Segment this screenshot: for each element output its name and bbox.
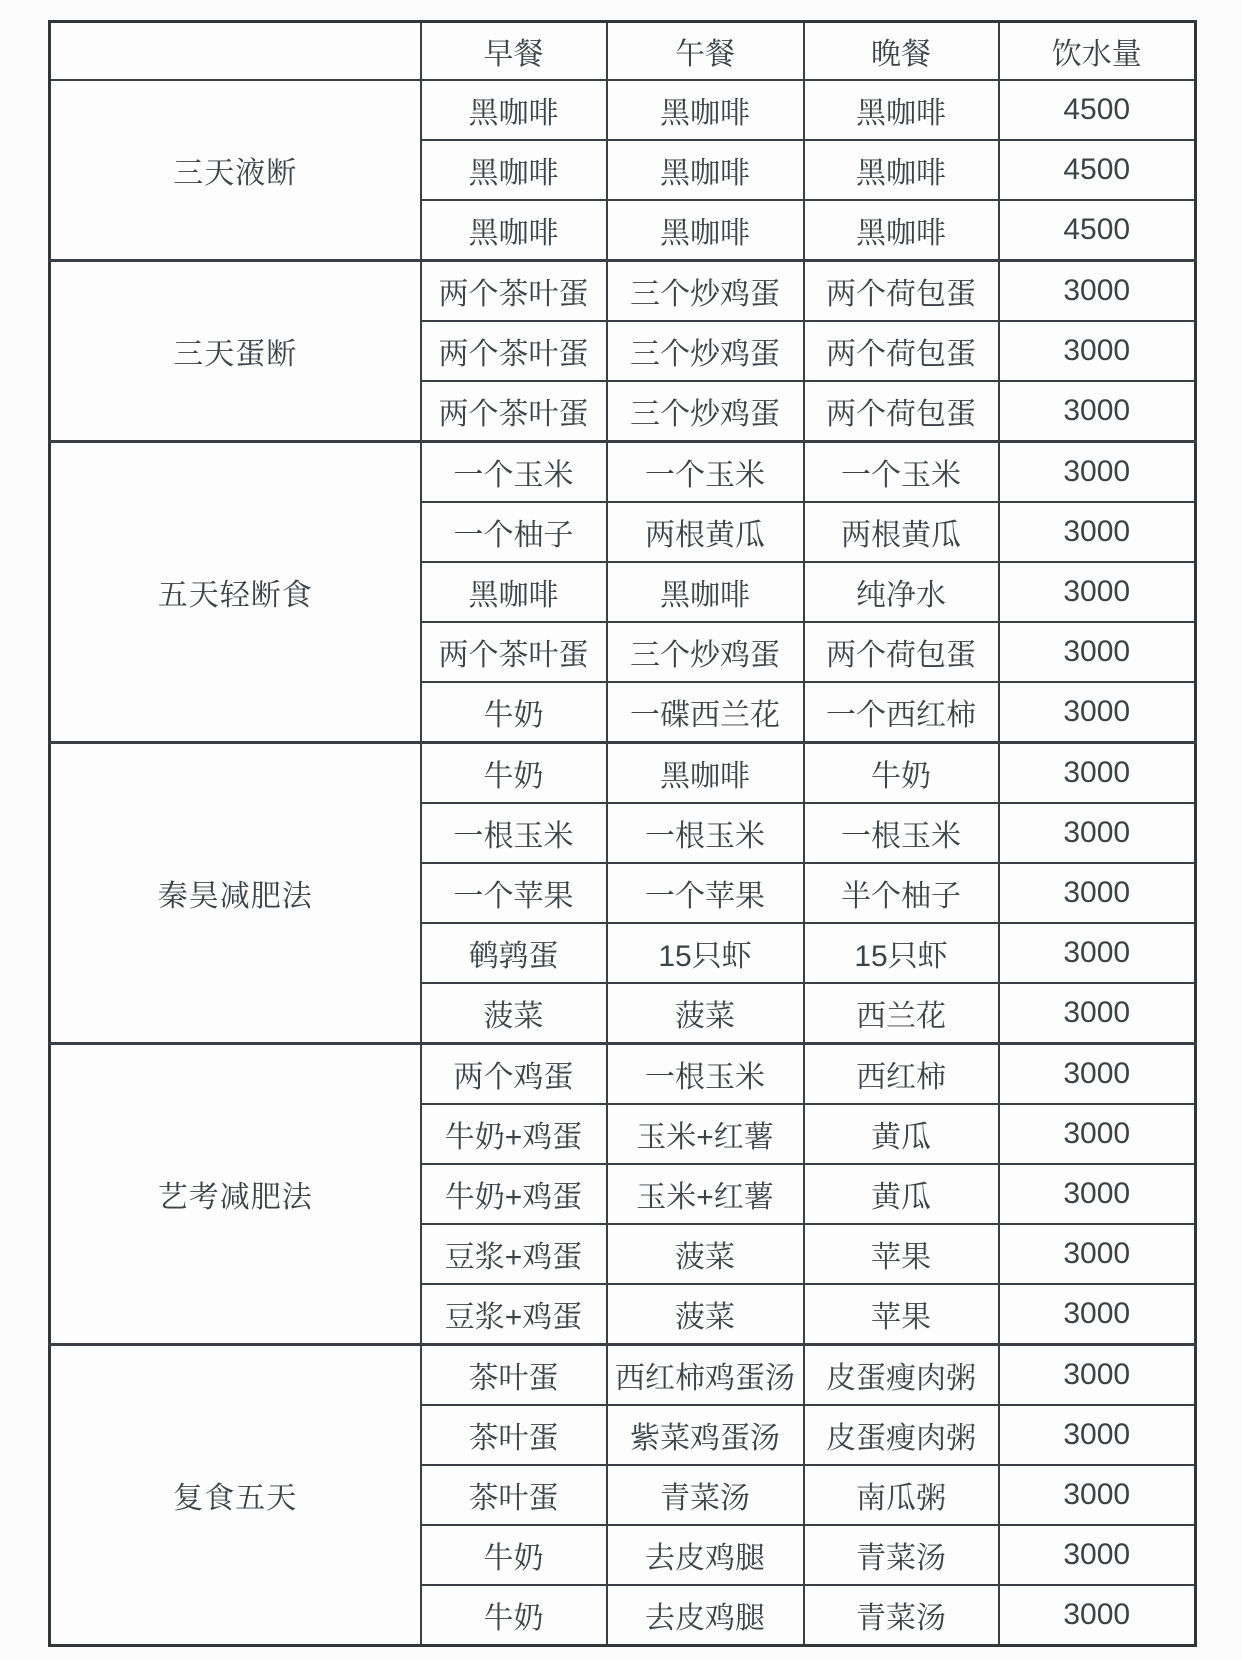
cell-lunch: 青菜汤 — [607, 1465, 804, 1525]
cell-breakfast: 两个鸡蛋 — [421, 1044, 607, 1105]
cell-water-intake: 3000 — [999, 1044, 1196, 1105]
cell-water-intake: 3000 — [999, 1465, 1196, 1525]
cell-lunch: 玉米+红薯 — [607, 1104, 804, 1164]
cell-breakfast: 牛奶+鸡蛋 — [421, 1164, 607, 1224]
page: 早餐 午餐 晚餐 饮水量 三天液断黑咖啡黑咖啡黑咖啡4500黑咖啡黑咖啡黑咖啡4… — [0, 0, 1242, 1660]
cell-dinner: 青菜汤 — [804, 1525, 999, 1585]
cell-lunch: 黑咖啡 — [607, 140, 804, 200]
cell-dinner: 黑咖啡 — [804, 80, 999, 140]
cell-breakfast: 黑咖啡 — [421, 562, 607, 622]
table-row: 三天蛋断两个茶叶蛋三个炒鸡蛋两个荷包蛋3000 — [50, 261, 1196, 322]
cell-dinner: 两个荷包蛋 — [804, 321, 999, 381]
cell-water-intake: 3000 — [999, 1164, 1196, 1224]
cell-water-intake: 4500 — [999, 80, 1196, 140]
cell-water-intake: 3000 — [999, 863, 1196, 923]
cell-dinner: 黑咖啡 — [804, 140, 999, 200]
cell-water-intake: 3000 — [999, 321, 1196, 381]
cell-breakfast: 牛奶 — [421, 1585, 607, 1646]
cell-water-intake: 3000 — [999, 743, 1196, 804]
cell-breakfast: 鹌鹑蛋 — [421, 923, 607, 983]
cell-lunch: 西红柿鸡蛋汤 — [607, 1345, 804, 1406]
cell-lunch: 一根玉米 — [607, 1044, 804, 1105]
header-row: 早餐 午餐 晚餐 饮水量 — [50, 22, 1196, 81]
cell-water-intake: 3000 — [999, 381, 1196, 442]
cell-breakfast: 茶叶蛋 — [421, 1345, 607, 1406]
cell-dinner: 半个柚子 — [804, 863, 999, 923]
cell-breakfast: 黑咖啡 — [421, 80, 607, 140]
cell-dinner: 一个玉米 — [804, 442, 999, 503]
cell-breakfast: 一根玉米 — [421, 803, 607, 863]
cell-water-intake: 3000 — [999, 1284, 1196, 1345]
category-cell: 复食五天 — [50, 1345, 421, 1646]
cell-dinner: 纯净水 — [804, 562, 999, 622]
cell-lunch: 黑咖啡 — [607, 200, 804, 261]
cell-lunch: 去皮鸡腿 — [607, 1585, 804, 1646]
cell-water-intake: 3000 — [999, 1104, 1196, 1164]
cell-breakfast: 牛奶 — [421, 682, 607, 743]
cell-breakfast: 豆浆+鸡蛋 — [421, 1224, 607, 1284]
cell-dinner: 一个西红柿 — [804, 682, 999, 743]
cell-breakfast: 两个茶叶蛋 — [421, 622, 607, 682]
cell-water-intake: 4500 — [999, 140, 1196, 200]
diet-plan-table: 早餐 午餐 晚餐 饮水量 三天液断黑咖啡黑咖啡黑咖啡4500黑咖啡黑咖啡黑咖啡4… — [48, 20, 1197, 1647]
cell-lunch: 一个苹果 — [607, 863, 804, 923]
cell-breakfast: 茶叶蛋 — [421, 1465, 607, 1525]
table-row: 艺考减肥法两个鸡蛋一根玉米西红柿3000 — [50, 1044, 1196, 1105]
cell-breakfast: 两个茶叶蛋 — [421, 321, 607, 381]
column-header-lunch: 午餐 — [607, 22, 804, 81]
cell-breakfast: 两个茶叶蛋 — [421, 381, 607, 442]
cell-lunch: 紫菜鸡蛋汤 — [607, 1405, 804, 1465]
cell-dinner: 一根玉米 — [804, 803, 999, 863]
cell-breakfast: 牛奶+鸡蛋 — [421, 1104, 607, 1164]
cell-water-intake: 3000 — [999, 983, 1196, 1044]
cell-water-intake: 3000 — [999, 622, 1196, 682]
cell-water-intake: 3000 — [999, 442, 1196, 503]
cell-dinner: 两根黄瓜 — [804, 502, 999, 562]
cell-water-intake: 3000 — [999, 803, 1196, 863]
cell-dinner: 苹果 — [804, 1224, 999, 1284]
cell-lunch: 三个炒鸡蛋 — [607, 261, 804, 322]
category-cell: 艺考减肥法 — [50, 1044, 421, 1345]
cell-dinner: 黑咖啡 — [804, 200, 999, 261]
cell-water-intake: 3000 — [999, 562, 1196, 622]
cell-lunch: 菠菜 — [607, 983, 804, 1044]
cell-dinner: 两个荷包蛋 — [804, 381, 999, 442]
cell-dinner: 皮蛋瘦肉粥 — [804, 1405, 999, 1465]
cell-lunch: 15只虾 — [607, 923, 804, 983]
cell-lunch: 玉米+红薯 — [607, 1164, 804, 1224]
corner-cell — [50, 22, 421, 81]
cell-dinner: 西兰花 — [804, 983, 999, 1044]
cell-breakfast: 茶叶蛋 — [421, 1405, 607, 1465]
cell-dinner: 两个荷包蛋 — [804, 622, 999, 682]
column-header-dinner: 晚餐 — [804, 22, 999, 81]
cell-water-intake: 3000 — [999, 502, 1196, 562]
cell-lunch: 一根玉米 — [607, 803, 804, 863]
category-cell: 秦昊减肥法 — [50, 743, 421, 1044]
cell-lunch: 三个炒鸡蛋 — [607, 381, 804, 442]
column-header-water-intake: 饮水量 — [999, 22, 1196, 81]
cell-breakfast: 一个苹果 — [421, 863, 607, 923]
cell-dinner: 皮蛋瘦肉粥 — [804, 1345, 999, 1406]
table-row: 五天轻断食一个玉米一个玉米一个玉米3000 — [50, 442, 1196, 503]
cell-breakfast: 两个茶叶蛋 — [421, 261, 607, 322]
cell-lunch: 三个炒鸡蛋 — [607, 321, 804, 381]
cell-water-intake: 3000 — [999, 261, 1196, 322]
cell-water-intake: 3000 — [999, 682, 1196, 743]
column-header-breakfast: 早餐 — [421, 22, 607, 81]
cell-water-intake: 3000 — [999, 1525, 1196, 1585]
cell-lunch: 黑咖啡 — [607, 562, 804, 622]
table-row: 复食五天茶叶蛋西红柿鸡蛋汤皮蛋瘦肉粥3000 — [50, 1345, 1196, 1406]
table-row: 秦昊减肥法牛奶黑咖啡牛奶3000 — [50, 743, 1196, 804]
cell-water-intake: 3000 — [999, 1345, 1196, 1406]
cell-lunch: 菠菜 — [607, 1224, 804, 1284]
cell-breakfast: 黑咖啡 — [421, 200, 607, 261]
cell-water-intake: 3000 — [999, 1224, 1196, 1284]
cell-water-intake: 4500 — [999, 200, 1196, 261]
cell-breakfast: 一个玉米 — [421, 442, 607, 503]
cell-breakfast: 牛奶 — [421, 1525, 607, 1585]
cell-breakfast: 牛奶 — [421, 743, 607, 804]
cell-lunch: 去皮鸡腿 — [607, 1525, 804, 1585]
cell-water-intake: 3000 — [999, 1405, 1196, 1465]
cell-breakfast: 黑咖啡 — [421, 140, 607, 200]
category-cell: 三天蛋断 — [50, 261, 421, 442]
table-body: 三天液断黑咖啡黑咖啡黑咖啡4500黑咖啡黑咖啡黑咖啡4500黑咖啡黑咖啡黑咖啡4… — [50, 80, 1196, 1646]
cell-lunch: 一碟西兰花 — [607, 682, 804, 743]
cell-water-intake: 3000 — [999, 923, 1196, 983]
cell-dinner: 两个荷包蛋 — [804, 261, 999, 322]
cell-dinner: 南瓜粥 — [804, 1465, 999, 1525]
cell-breakfast: 一个柚子 — [421, 502, 607, 562]
cell-lunch: 菠菜 — [607, 1284, 804, 1345]
category-cell: 五天轻断食 — [50, 442, 421, 743]
cell-dinner: 青菜汤 — [804, 1585, 999, 1646]
cell-water-intake: 3000 — [999, 1585, 1196, 1646]
cell-dinner: 黄瓜 — [804, 1104, 999, 1164]
cell-dinner: 西红柿 — [804, 1044, 999, 1105]
cell-lunch: 三个炒鸡蛋 — [607, 622, 804, 682]
cell-lunch: 一个玉米 — [607, 442, 804, 503]
category-cell: 三天液断 — [50, 80, 421, 261]
cell-dinner: 牛奶 — [804, 743, 999, 804]
table-row: 三天液断黑咖啡黑咖啡黑咖啡4500 — [50, 80, 1196, 140]
cell-lunch: 黑咖啡 — [607, 80, 804, 140]
cell-lunch: 两根黄瓜 — [607, 502, 804, 562]
cell-dinner: 苹果 — [804, 1284, 999, 1345]
cell-lunch: 黑咖啡 — [607, 743, 804, 804]
cell-dinner: 黄瓜 — [804, 1164, 999, 1224]
table-header: 早餐 午餐 晚餐 饮水量 — [50, 22, 1196, 81]
cell-dinner: 15只虾 — [804, 923, 999, 983]
cell-breakfast: 菠菜 — [421, 983, 607, 1044]
cell-breakfast: 豆浆+鸡蛋 — [421, 1284, 607, 1345]
